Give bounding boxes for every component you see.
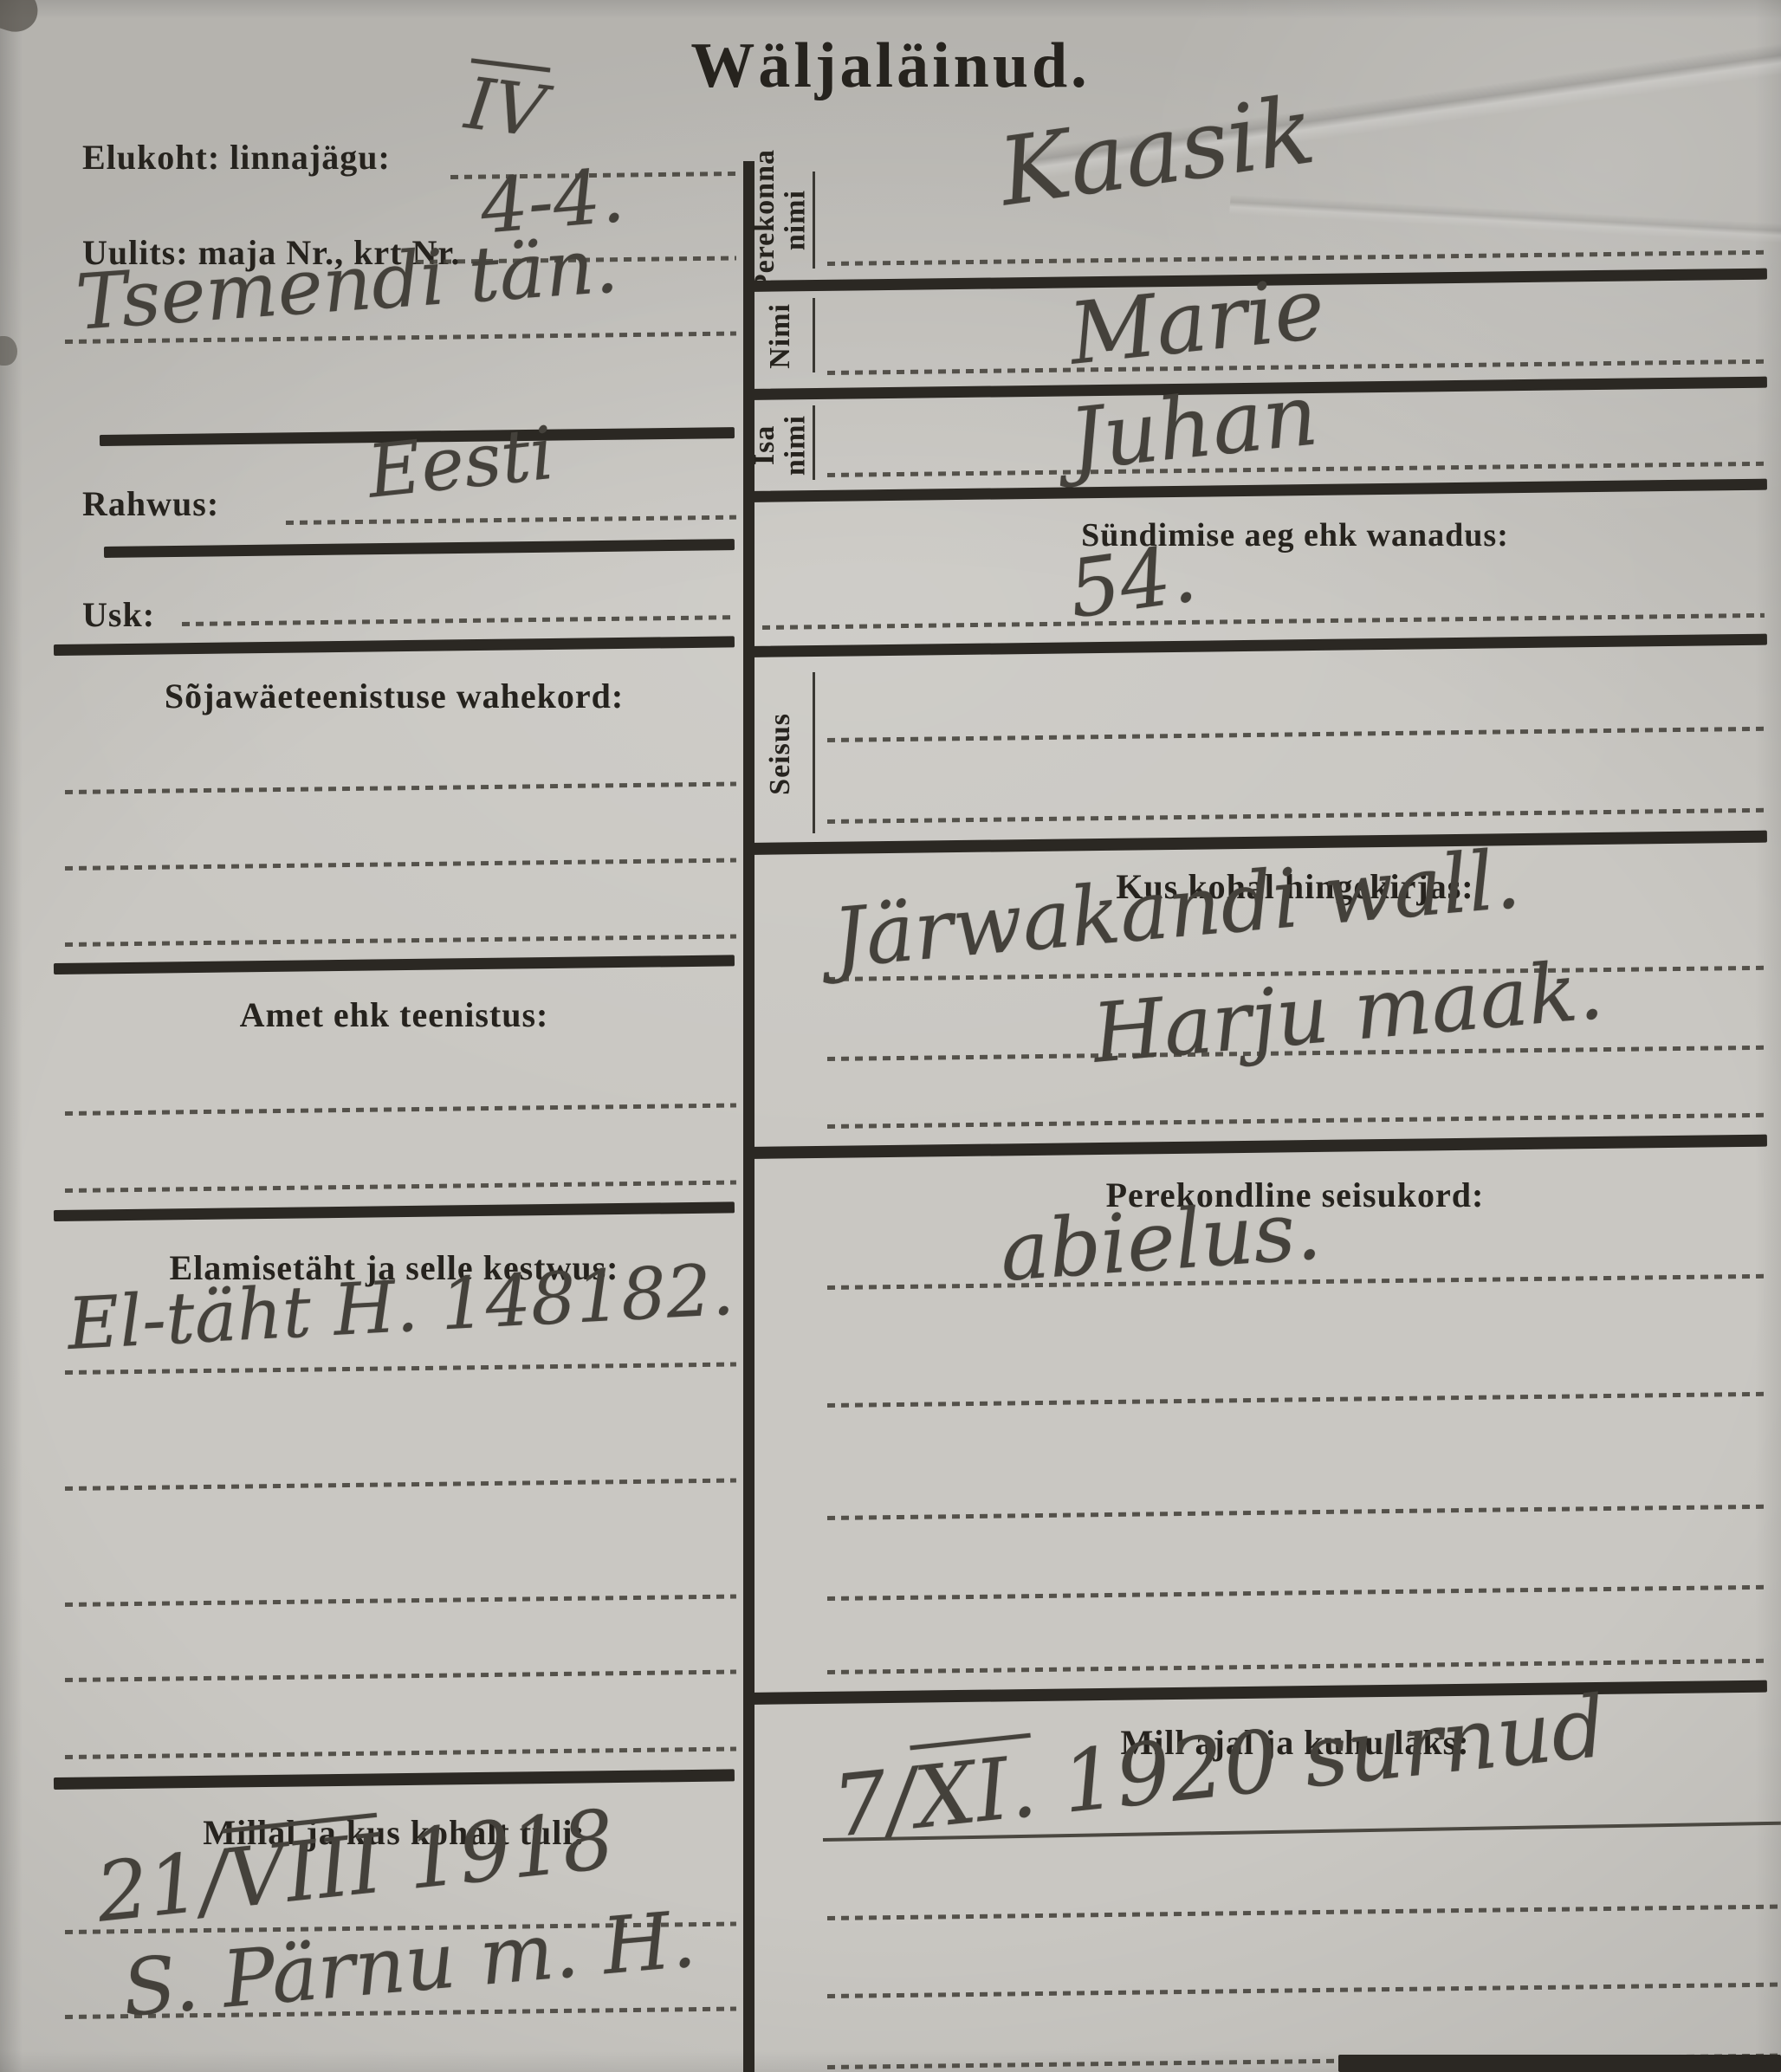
elukoht-label: Elukoht: linnajägu:: [82, 137, 391, 178]
elukoht-value-handwritten: IV: [461, 62, 550, 153]
rahwus-label: Rahwus:: [82, 483, 219, 524]
seisus-vertical-label-text: Seisus: [765, 713, 796, 795]
usk-dotted-line: [182, 615, 736, 626]
laks-rest: 1920 surnud: [1031, 1678, 1610, 1836]
document-page: Wäljaläinud. Elukoht: linnajägu: IV Uuli…: [0, 0, 1781, 2072]
rahwus-value-handwritten: Eesti: [364, 411, 558, 515]
separator-bar: [747, 479, 1767, 502]
scan-edge-mark: [0, 336, 17, 366]
separator-bar: [54, 1201, 735, 1221]
blank-dotted-line: [65, 858, 736, 871]
millal-month: VIII: [223, 1817, 387, 1927]
separator-bar: [104, 539, 735, 558]
label-rule: [813, 298, 815, 372]
usk-label: Usk:: [82, 594, 155, 635]
blank-dotted-line: [65, 1670, 736, 1682]
seisus-dotted-line: [827, 727, 1765, 742]
label-rule: [813, 672, 815, 833]
blank-dotted-line: [65, 782, 736, 794]
sundimise-dotted-line: [762, 613, 1765, 630]
seisus-dotted-line: [827, 808, 1765, 824]
blank-dotted-line: [827, 1905, 1781, 1920]
label-rule: [813, 172, 815, 269]
nimi-vertical-label-text: Nimi: [765, 303, 796, 369]
millal-day: 21/: [92, 1833, 232, 1940]
separator-bar: [747, 1135, 1767, 1159]
separator-bar: [54, 1769, 735, 1790]
blank-dotted-line: [65, 1479, 736, 1491]
blank-dotted-line: [827, 1659, 1765, 1674]
isa-vertical-label-text: Isa nimi: [749, 415, 811, 476]
blank-dotted-line: [65, 1747, 736, 1759]
blank-dotted-line: [827, 1505, 1765, 1520]
blank-dotted-line: [827, 1983, 1781, 1998]
page-title: Wäljaläinud.: [0, 29, 1781, 103]
hingekiri-value2-handwritten: Harju maak.: [1089, 943, 1607, 1082]
nimi-vertical-label: Nimi: [748, 296, 813, 376]
separator-bar: [54, 955, 735, 974]
blank-dotted-line: [65, 1595, 736, 1607]
blank-dotted-line: [65, 1181, 736, 1193]
perekonna-vertical-label: Perekonna nimi: [748, 170, 813, 272]
hingekiri-dotted-line: [827, 1113, 1765, 1129]
separator-bar: [747, 634, 1767, 657]
laks-value-handwritten: 7/XI. 1920 surnud: [828, 1678, 1610, 1857]
separator-bar: [747, 831, 1767, 855]
rahwus-dotted-line: [286, 515, 736, 525]
blank-dotted-line: [827, 1585, 1765, 1601]
separator-bar: [54, 636, 735, 656]
blank-dotted-line: [65, 1363, 736, 1375]
seisus-vertical-label: Seisus: [748, 669, 813, 839]
perekonna-vertical-label-text: Perekonna nimi: [749, 149, 811, 292]
blank-dotted-line: [65, 935, 736, 947]
sojawae-heading: Sõjawäeteenistuse wahekord:: [52, 676, 736, 716]
blank-dotted-line: [827, 1392, 1765, 1408]
sundimise-heading: Sündimise aeg ehk wanadus:: [823, 516, 1767, 554]
label-rule: [813, 405, 815, 480]
millal-year: 1918: [377, 1793, 618, 1912]
laks-month: XI.: [910, 1738, 1041, 1849]
isa-vertical-label: Isa nimi: [748, 404, 813, 487]
bottom-edge-bar: [1338, 2055, 1781, 2072]
separator-bar: [747, 1680, 1767, 1705]
blank-dotted-line: [65, 1104, 736, 1116]
amet-heading: Amet ehk teenistus:: [52, 994, 736, 1035]
